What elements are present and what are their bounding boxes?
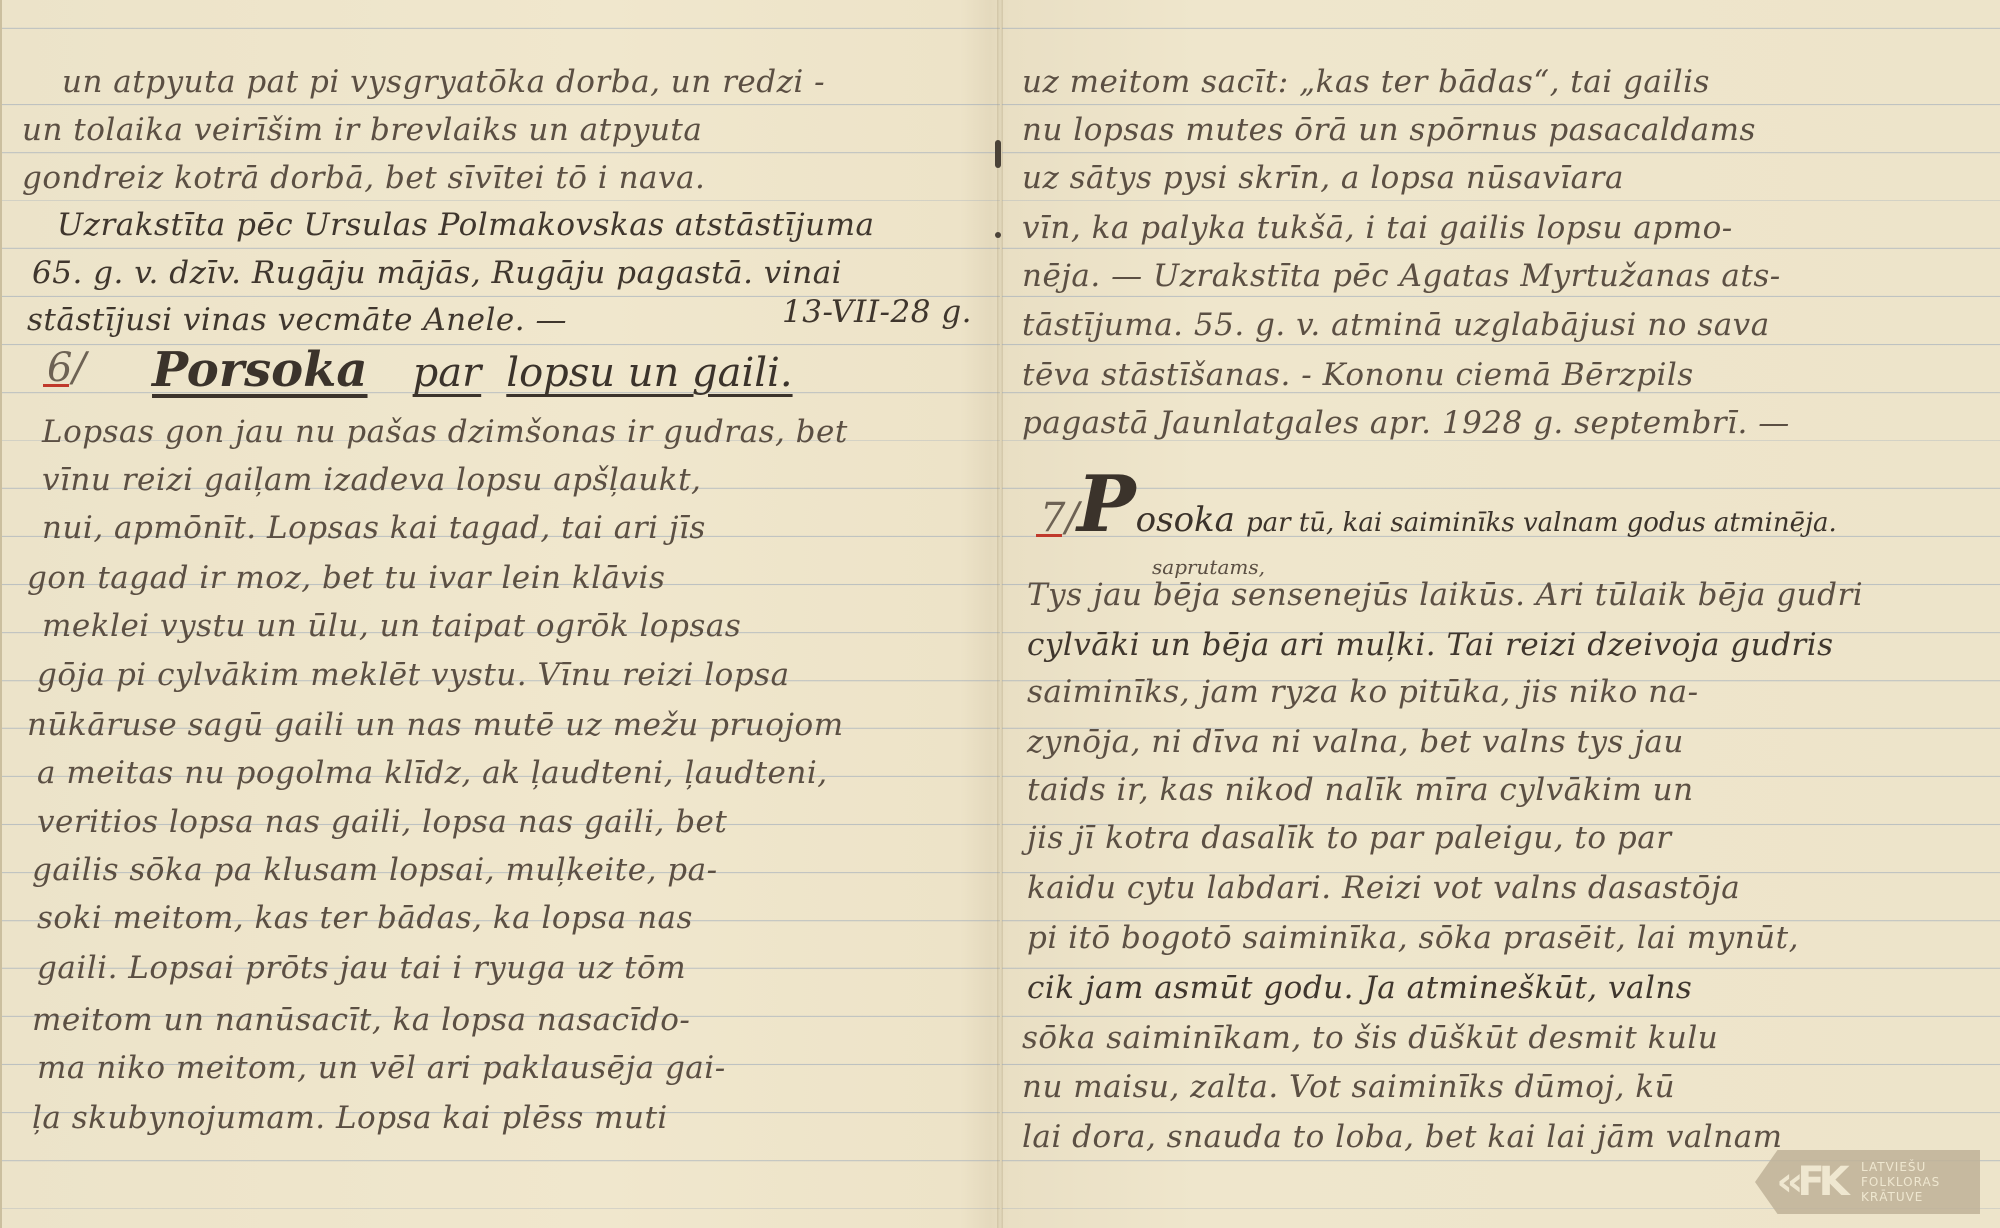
story-number: 7/ xyxy=(1040,495,1079,541)
text-line: lai dora, snauda to loba, bet kai lai jā… xyxy=(1022,1117,1783,1157)
text-line: ļa skubynojumam. Lopsa kai plēss muti xyxy=(32,1098,668,1138)
notebook-spread: un atpyuta pat pi vysgryatōka dorba, un … xyxy=(0,0,2000,1228)
text-line: Uzrakstīta pēc Ursulas Polmakovskas atst… xyxy=(57,205,874,245)
right-page: uz meitom sacīt: „kas ter bādas“, tai ga… xyxy=(1002,0,2000,1228)
text-line: tēva stāstīšanas. - Kononu ciemā Bērzpil… xyxy=(1022,355,1694,395)
text-line: ma niko meitom, un vēl ari paklausēja ga… xyxy=(37,1048,726,1088)
title-initial: P xyxy=(1077,459,1136,550)
text-line: nūkāruse sagū gaili un nas mutē uz mežu … xyxy=(27,705,844,745)
text-line: kaidu cytu labdari. Reizi vot valns dasa… xyxy=(1027,868,1740,908)
title-word: osoka xyxy=(1136,500,1235,540)
text-line: cik jam asmūt godu. Ja atmineškūt, valns xyxy=(1027,968,1692,1008)
title-word: lopsu un gaili. xyxy=(506,350,792,396)
text-line: taids ir, kas nikod nalīk mīra cylvākim … xyxy=(1027,770,1694,810)
text-line: Lopsas gon jau nu pašas dzimšonas ir gud… xyxy=(42,412,848,452)
text-line: soki meitom, kas ter bādas, ka lopsa nas xyxy=(37,898,693,938)
text-line: vīn, ka palyka tukšā, i tai gailis lopsu… xyxy=(1022,208,1733,248)
title-subtitle: par tū, kai saiminīks valnam godus atmin… xyxy=(1246,508,1837,538)
text-line: zynōja, ni dīva ni valna, bet valns tys … xyxy=(1027,722,1684,762)
title-word: Porsoka xyxy=(152,342,368,398)
text-line: stāstījusi vinas vecmāte Anele. — xyxy=(27,300,567,340)
text-line: a meitas nu pogolma klīdz, ak ļaudteni, … xyxy=(37,753,828,793)
text-line: saiminīks, jam ryza ko pitūka, jis niko … xyxy=(1027,672,1699,712)
text-line: meitom un nanūsacīt, ka lopsa nasacīdo- xyxy=(32,1000,690,1040)
story-title: Porsoka par lopsu un gaili. xyxy=(152,345,793,406)
text-line: nēja. — Uzrakstīta pēc Agatas Myrtužanas… xyxy=(1022,256,1781,296)
watermark-line: LATVIEŠU xyxy=(1861,1160,1940,1175)
text-line: un atpyuta pat pi vysgryatōka dorba, un … xyxy=(62,62,825,102)
text-line: pi itō bogotō saiminīka, sōka prasēit, l… xyxy=(1027,918,1799,958)
text-line: uz sātys pysi skrīn, a lopsa nūsavīara xyxy=(1022,158,1624,198)
text-line: sōka saiminīkam, to šis dūškūt desmit ku… xyxy=(1022,1018,1718,1058)
text-line: nu maisu, zalta. Vot saiminīks dūmoj, kū xyxy=(1022,1067,1675,1107)
text-line: cylvāki un bēja ari muļki. Tai reizi dze… xyxy=(1027,625,1834,665)
watermark-line: KRĀTUVE xyxy=(1861,1190,1940,1205)
text-line: veritios lopsa nas gaili, lopsa nas gail… xyxy=(37,802,727,842)
text-line: un tolaika veirīšim ir brevlaiks un atpy… xyxy=(22,110,702,150)
text-line: pagastā Jaunlatgales apr. 1928 g. septem… xyxy=(1022,403,1790,443)
text-line: gailis sōka pa klusam lopsai, muļkeite, … xyxy=(32,850,718,890)
left-page: un atpyuta pat pi vysgryatōka dorba, un … xyxy=(0,0,1000,1228)
archive-watermark: ‹‹FK LATVIEŠU FOLKLORAS KRĀTUVE xyxy=(1755,1150,1980,1214)
text-line: gōja pi cylvākim meklēt vystu. Vīnu reiz… xyxy=(37,655,790,695)
text-line: gondreiz kotrā dorbā, bet sīvītei tō i n… xyxy=(22,158,705,198)
text-line: gon tagad ir moz, bet tu ivar lein klāvi… xyxy=(27,558,665,598)
watermark-line: FOLKLORAS xyxy=(1861,1175,1940,1190)
date-note: 13-VII-28 g. xyxy=(782,292,972,332)
story-number: 6/ xyxy=(47,345,86,391)
text-line: jis jī kotra dasalīk to par paleigu, to … xyxy=(1027,818,1672,858)
text-line: gaili. Lopsai prōts jau tai i ryuga uz t… xyxy=(37,948,686,988)
title-word: par xyxy=(413,350,482,396)
staple-icon xyxy=(995,140,1001,168)
text-line: vīnu reizi gaiļam izadeva lopsu apšļaukt… xyxy=(42,460,701,500)
text-line: Tys jau bēja sensenejūs laikūs. Ari tūla… xyxy=(1027,575,1863,615)
staple-hole-icon xyxy=(995,232,1001,238)
text-line: nu lopsas mutes ōrā un spōrnus pasacalda… xyxy=(1022,110,1756,150)
text-line: nui, apmōnīt. Lopsas kai tagad, tai ari … xyxy=(42,508,706,548)
text-line: meklei vystu un ūlu, un taipat ogrōk lop… xyxy=(42,606,741,646)
text-line: tāstījuma. 55. g. v. atminā uzglabājusi … xyxy=(1022,305,1770,345)
text-line: uz meitom sacīt: „kas ter bādas“, tai ga… xyxy=(1022,62,1710,102)
text-line: 65. g. v. dzīv. Rugāju mājās, Rugāju pag… xyxy=(32,253,842,293)
story-title: Posoka par tū, kai saiminīks valnam godu… xyxy=(1077,480,1837,551)
watermark-text: LATVIEŠU FOLKLORAS KRĀTUVE xyxy=(1855,1160,1940,1205)
